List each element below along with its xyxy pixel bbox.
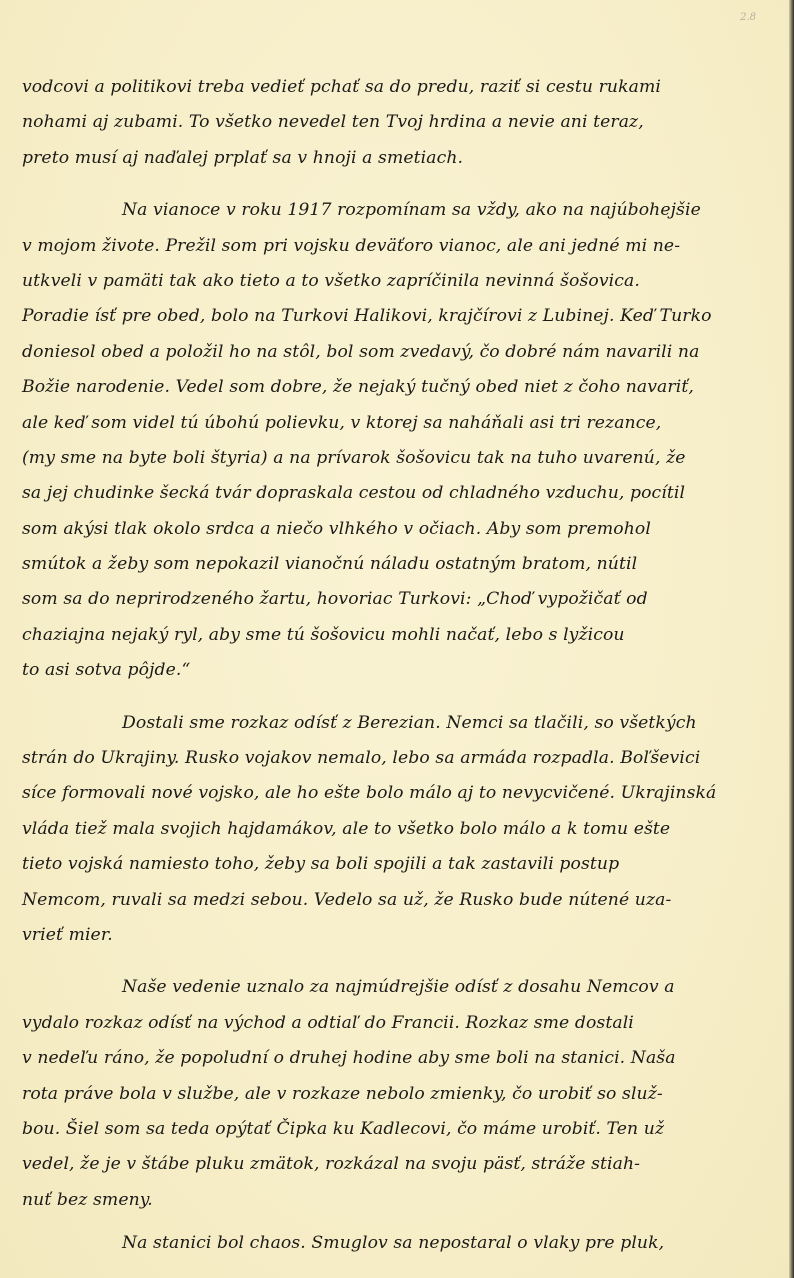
text-line: som akýsi tlak okolo srdca a niečo vlhké… — [22, 512, 777, 547]
text-line: smútok a žeby som nepokazil vianočnú nál… — [22, 547, 777, 582]
text-line: Naše vedenie uznalo za najmúdrejšie odís… — [22, 970, 777, 1005]
paragraph-5: Na stanici bol chaos. Smuglov sa neposta… — [22, 1226, 777, 1261]
text-line: sa jej chudinke šecká tvár dopraskala ce… — [22, 476, 777, 511]
text-line: vodcovi a politikovi treba vedieť pchať … — [22, 70, 777, 105]
text-line: vláda tiež mala svojich hajdamákov, ale … — [22, 812, 777, 847]
text-line: v mojom živote. Prežil som pri vojsku de… — [22, 229, 777, 264]
text-line: preto musí aj naďalej prplať sa v hnoji … — [22, 141, 777, 176]
text-line: strán do Ukrajiny. Rusko vojakov nemalo,… — [22, 741, 777, 776]
paragraph-1: vodcovi a politikovi treba vedieť pchať … — [22, 70, 777, 176]
text-line: Na stanici bol chaos. Smuglov sa neposta… — [22, 1226, 777, 1261]
text-line: vrieť mier. — [22, 918, 777, 953]
text-line: chaziajna nejaký ryl, aby sme tú šošovic… — [22, 618, 777, 653]
text-line: Na vianoce v roku 1917 rozpomínam sa vžd… — [22, 193, 777, 228]
text-line: (my sme na byte boli štyria) a na prívar… — [22, 441, 777, 476]
text-line: síce formovali nové vojsko, ale ho ešte … — [22, 776, 777, 811]
page-edge-shadow — [789, 0, 794, 1278]
manuscript-page: 2.8 vodcovi a politikovi treba vedieť pc… — [0, 0, 794, 1278]
text-line: tieto vojská namiesto toho, žeby sa boli… — [22, 847, 777, 882]
text-line: vydalo rozkaz odísť na východ a odtiaľ d… — [22, 1006, 777, 1041]
paragraph-3: Dostali sme rozkaz odísť z Berezian. Nem… — [22, 706, 777, 954]
text-line: bou. Šiel som sa teda opýtať Čipka ku Ka… — [22, 1112, 777, 1147]
paragraph-4: Naše vedenie uznalo za najmúdrejšie odís… — [22, 970, 777, 1218]
paragraph-2: Na vianoce v roku 1917 rozpomínam sa vžd… — [22, 193, 777, 688]
handwritten-text: vodcovi a politikovi treba vedieť pchať … — [22, 70, 777, 1262]
text-line: Božie narodenie. Vedel som dobre, že nej… — [22, 370, 777, 405]
text-line: v nedeľu ráno, že popoludní o druhej hod… — [22, 1041, 777, 1076]
page-number: 2.8 — [740, 12, 756, 23]
text-line: doniesol obed a položil ho na stôl, bol … — [22, 335, 777, 370]
text-line: utkveli v pamäti tak ako tieto a to všet… — [22, 264, 777, 299]
text-line: vedel, že je v štábe pluku zmätok, rozká… — [22, 1147, 777, 1182]
text-line: nohami aj zubami. To všetko nevedel ten … — [22, 105, 777, 140]
text-line: Nemcom, ruvali sa medzi sebou. Vedelo sa… — [22, 883, 777, 918]
text-line: Dostali sme rozkaz odísť z Berezian. Nem… — [22, 706, 777, 741]
text-line: som sa do neprirodzeného žartu, hovoriac… — [22, 582, 777, 617]
text-line: to asi sotva pôjde.“ — [22, 653, 777, 688]
text-line: ale keď som videl tú úbohú polievku, v k… — [22, 406, 777, 441]
text-line: Poradie ísť pre obed, bolo na Turkovi Ha… — [22, 299, 777, 334]
text-line: rota práve bola v službe, ale v rozkaze … — [22, 1077, 777, 1112]
text-line: nuť bez smeny. — [22, 1183, 777, 1218]
